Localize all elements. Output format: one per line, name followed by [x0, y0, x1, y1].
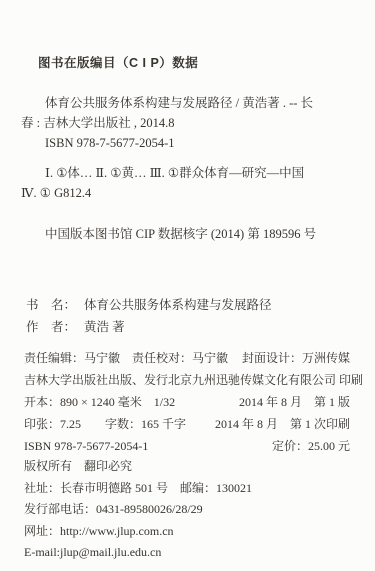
- cip-classification-line-2: Ⅳ. ① G812.4: [21, 183, 356, 203]
- cip-title-line-1: 体育公共服务体系构建与发展路径 / 黄浩著 . -- 长: [21, 93, 356, 113]
- address-line: 社址：长春市明德路 501 号 邮编：130021: [24, 478, 252, 500]
- book-title-value: 体育公共服务体系构建与发展路径: [84, 298, 272, 312]
- pub-format: 开本：890 × 1240 毫米 1/32: [24, 391, 175, 413]
- publishing-info-block: 责任编辑：马宁徽 责任校对：马宁徽 封面设计：万洲传媒 吉林大学出版社出版、发行…: [24, 347, 350, 457]
- pub-isbn: ISBN 978-7-5677-2054-1: [24, 435, 148, 457]
- cip-record-number: 中国版本图书馆 CIP 数据核字 (2014) 第 189596 号: [45, 224, 316, 244]
- cip-header: 图书在版编目（C I P）数据: [38, 53, 198, 71]
- contact-block: 版权所有 翻印必究 社址：长春市明德路 501 号 邮编：130021 发行部电…: [24, 456, 252, 564]
- email-line: E-mail:jlup@mail.jlu.edu.cn: [24, 542, 252, 564]
- book-title-label: 书 名：: [26, 298, 76, 312]
- book-author-value: 黄浩 著: [84, 320, 125, 334]
- pub-printer: 北京九州迅驰传媒文化有限公司 印刷: [168, 369, 363, 391]
- pub-price: 定价：25.00 元: [272, 435, 350, 457]
- pub-row-publisher: 吉林大学出版社出版、发行 北京九州迅驰传媒文化有限公司 印刷: [24, 369, 350, 391]
- pub-cover-design: 封面设计：万洲传媒: [242, 347, 350, 369]
- book-info-block: 书 名：体育公共服务体系构建与发展路径 作 者：黄浩 著: [26, 294, 272, 338]
- copyright-notice: 版权所有 翻印必究: [24, 456, 252, 478]
- cip-classification-block: Ⅰ. ①体… Ⅱ. ①黄… Ⅲ. ①群众体育—研究—中国 Ⅳ. ① G812.4: [21, 163, 356, 203]
- book-title-line: 书 名：体育公共服务体系构建与发展路径: [26, 294, 272, 316]
- phone-line: 发行部电话：0431-89580026/28/29: [24, 499, 252, 521]
- cip-isbn-line: ISBN 978-7-5677-2054-1: [21, 133, 356, 153]
- pub-sheets-wordcount: 印张：7.25 字数：165 千字: [24, 413, 186, 435]
- pub-row-format: 开本：890 × 1240 毫米 1/32 2014 年 8 月 第 1 版: [24, 391, 350, 413]
- pub-row-isbn: ISBN 978-7-5677-2054-1 定价：25.00 元: [24, 435, 350, 457]
- cip-title-line-2: 春 : 吉林大学出版社 , 2014.8: [21, 113, 356, 133]
- pub-edition: 2014 年 8 月 第 1 版: [239, 391, 350, 413]
- book-author-label: 作 者：: [26, 320, 76, 334]
- pub-printing: 2014 年 8 月 第 1 次印刷: [215, 413, 350, 435]
- cip-citation-block: 体育公共服务体系构建与发展路径 / 黄浩著 . -- 长 春 : 吉林大学出版社…: [21, 93, 356, 153]
- pub-row-sheets: 印张：7.25 字数：165 千字 2014 年 8 月 第 1 次印刷: [24, 413, 350, 435]
- website-line: 网址：http://www.jlup.com.cn: [24, 521, 252, 543]
- pub-publisher: 吉林大学出版社出版、发行: [24, 369, 168, 391]
- book-copyright-page: 图书在版编目（C I P）数据 体育公共服务体系构建与发展路径 / 黄浩著 . …: [0, 0, 375, 571]
- pub-row-editors: 责任编辑：马宁徽 责任校对：马宁徽 封面设计：万洲传媒: [24, 347, 350, 369]
- pub-editors-label: 责任编辑：马宁徽 责任校对：马宁徽: [24, 347, 228, 369]
- book-author-line: 作 者：黄浩 著: [26, 316, 272, 338]
- cip-classification-line-1: Ⅰ. ①体… Ⅱ. ①黄… Ⅲ. ①群众体育—研究—中国: [21, 163, 356, 183]
